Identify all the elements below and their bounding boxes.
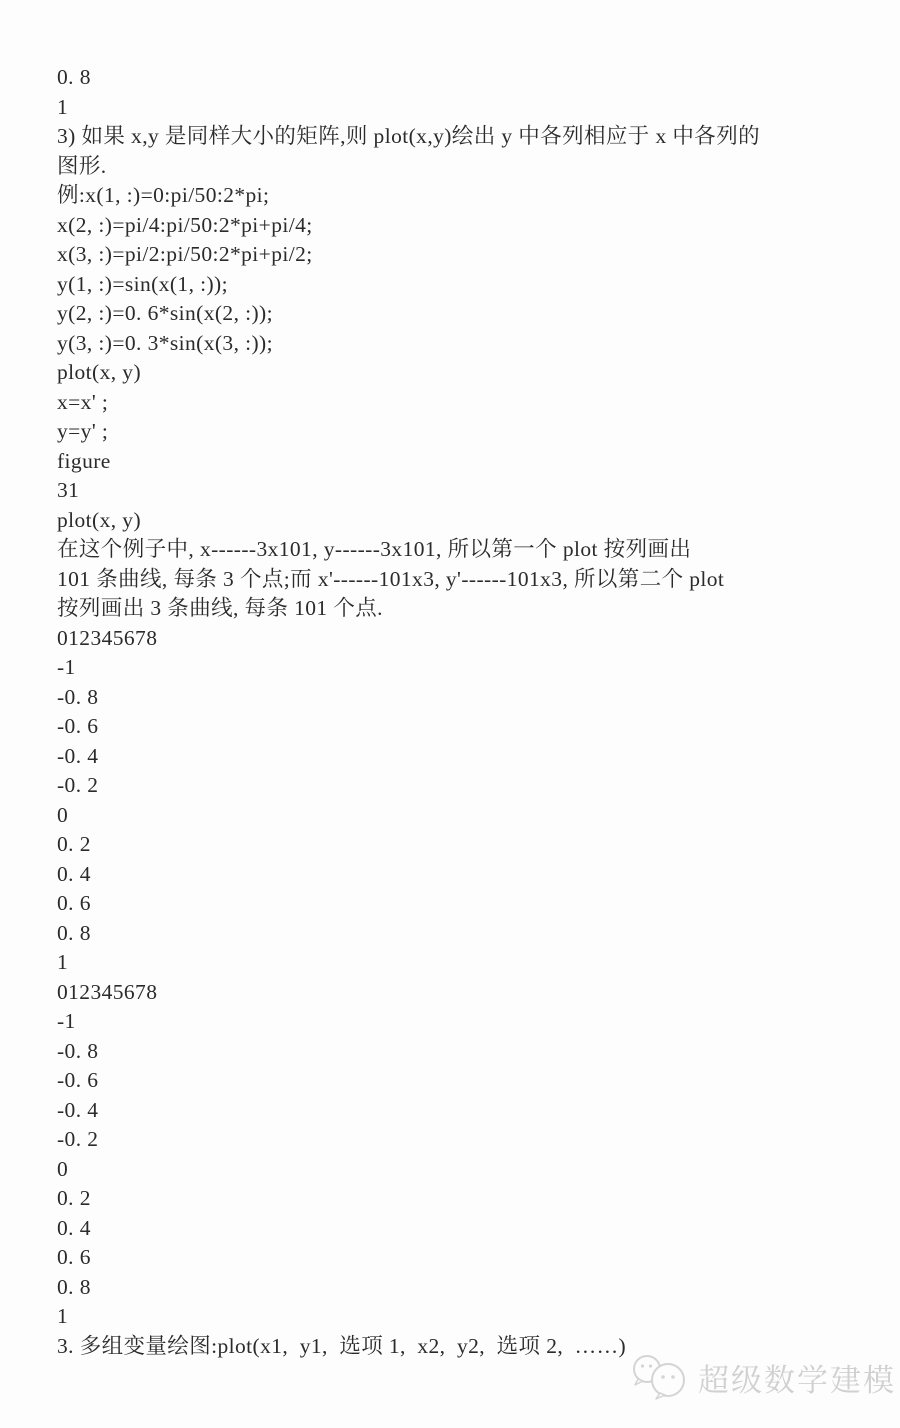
text-line: 0. 4 <box>57 860 870 890</box>
text-line: 1 <box>57 93 870 123</box>
text-line: 例:x(1, :)=0:pi/50:2*pi; <box>57 181 870 211</box>
text-line: x(2, :)=pi/4:pi/50:2*pi+pi/4; <box>57 211 870 241</box>
text-line: 012345678 <box>57 978 870 1008</box>
text-line: 按列画出 3 条曲线, 每条 101 个点. <box>57 594 870 624</box>
text-line: -0. 4 <box>57 742 870 772</box>
text-line: -1 <box>57 1007 870 1037</box>
text-line: y=y' ; <box>57 417 870 447</box>
wechat-chat-bubbles-icon <box>630 1353 692 1401</box>
text-line: figure <box>57 447 870 477</box>
text-line: 3) 如果 x,y 是同样大小的矩阵,则 plot(x,y)绘出 y 中各列相应… <box>57 122 870 152</box>
text-line: -0. 2 <box>57 771 870 801</box>
text-line: -0. 6 <box>57 712 870 742</box>
text-line: y(3, :)=0. 3*sin(x(3, :)); <box>57 329 870 359</box>
text-line: 0. 2 <box>57 830 870 860</box>
text-line: y(2, :)=0. 6*sin(x(2, :)); <box>57 299 870 329</box>
text-line: -0. 6 <box>57 1066 870 1096</box>
text-line: 0. 6 <box>57 1243 870 1273</box>
text-line: -0. 8 <box>57 683 870 713</box>
text-line: 1 <box>57 948 870 978</box>
text-line: 0 <box>57 801 870 831</box>
text-line: 0. 8 <box>57 919 870 949</box>
text-line: 0. 8 <box>57 1273 870 1303</box>
text-line: 0. 6 <box>57 889 870 919</box>
document-page: 0. 813) 如果 x,y 是同样大小的矩阵,则 plot(x,y)绘出 y … <box>0 0 900 1428</box>
text-line: 31 <box>57 476 870 506</box>
text-line: 0 <box>57 1155 870 1185</box>
text-line: 0. 4 <box>57 1214 870 1244</box>
text-line: 012345678 <box>57 624 870 654</box>
watermark-text: 超级数学建模 <box>698 1355 896 1400</box>
text-line: 1 <box>57 1302 870 1332</box>
text-line: 在这个例子中, x------3x101, y------3x101, 所以第一… <box>57 535 870 565</box>
text-line: -0. 8 <box>57 1037 870 1067</box>
text-line: plot(x, y) <box>57 358 870 388</box>
text-line: -1 <box>57 653 870 683</box>
text-line: x(3, :)=pi/2:pi/50:2*pi+pi/2; <box>57 240 870 270</box>
text-line: 0. 8 <box>57 63 870 93</box>
text-line: 图形. <box>57 152 870 182</box>
text-line: 101 条曲线, 每条 3 个点;而 x'------101x3, y'----… <box>57 565 870 595</box>
watermark: 超级数学建模 <box>630 1353 896 1401</box>
document-body: 0. 813) 如果 x,y 是同样大小的矩阵,则 plot(x,y)绘出 y … <box>57 63 870 1361</box>
text-line: y(1, :)=sin(x(1, :)); <box>57 270 870 300</box>
text-line: -0. 2 <box>57 1125 870 1155</box>
text-line: 0. 2 <box>57 1184 870 1214</box>
text-line: -0. 4 <box>57 1096 870 1126</box>
text-line: plot(x, y) <box>57 506 870 536</box>
text-line: x=x' ; <box>57 388 870 418</box>
